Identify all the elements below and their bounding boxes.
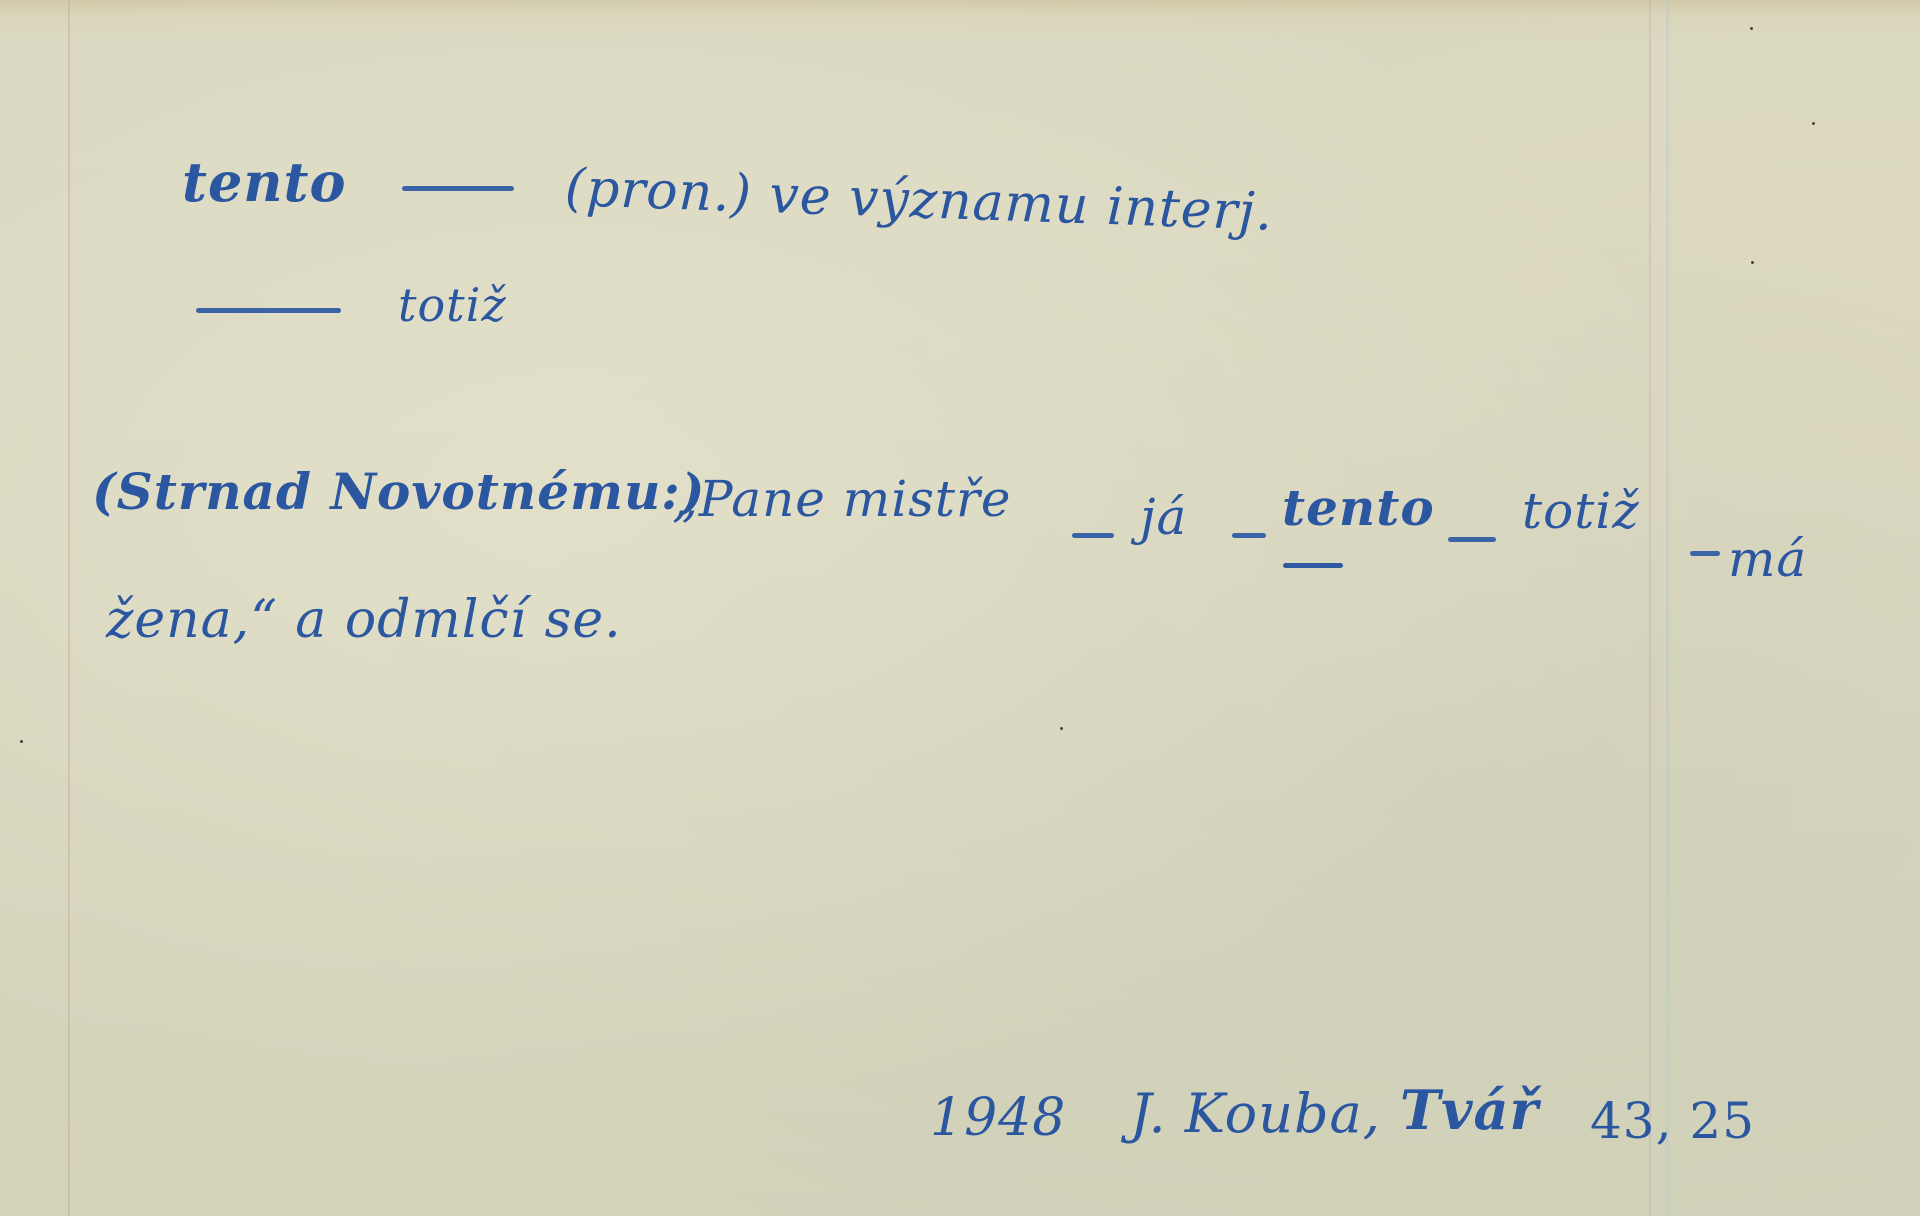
dictionary-card: tento (pron.) ve významu interj. totiž (… <box>0 0 1920 1216</box>
paper-speck <box>1060 727 1063 730</box>
paper-speck <box>1751 261 1754 264</box>
headword: tento <box>182 150 347 214</box>
quote-dash-3 <box>1448 537 1496 542</box>
paper-speck <box>1750 27 1753 30</box>
right-margin-shadow <box>1666 0 1669 1216</box>
speaker-note: (Strnad Novotnému:) <box>92 462 705 521</box>
source-year: 1948 <box>930 1088 1066 1148</box>
quote-part-tento: tento <box>1282 478 1435 537</box>
paper-speck <box>20 740 23 743</box>
source-reference: 43, 25 <box>1590 1092 1755 1150</box>
quote-part-totiz: totiž <box>1522 482 1640 540</box>
quote-part-ma: má <box>1728 530 1807 588</box>
quote-dash-2 <box>1232 533 1266 538</box>
definition: (pron.) ve významu interj. <box>564 158 1274 243</box>
synonym-dash <box>196 308 341 313</box>
source-author: J. Kouba, <box>1130 1082 1381 1145</box>
quote-dash-1 <box>1072 533 1114 538</box>
quote-line-2: žena,“ a odmlčí se. <box>106 590 622 650</box>
synonym: totiž <box>398 278 507 332</box>
quote-dash-4 <box>1690 551 1720 556</box>
paper-speck <box>1812 122 1815 125</box>
tento-underline <box>1283 563 1343 568</box>
quote-part-pane-mistre: „Pane mistře <box>672 470 1011 528</box>
source-work: Tvář <box>1400 1078 1539 1142</box>
right-margin-line <box>1649 0 1651 1216</box>
left-margin-line <box>68 0 70 1216</box>
quote-part-ja: já <box>1140 488 1187 546</box>
headword-dash <box>402 186 514 191</box>
